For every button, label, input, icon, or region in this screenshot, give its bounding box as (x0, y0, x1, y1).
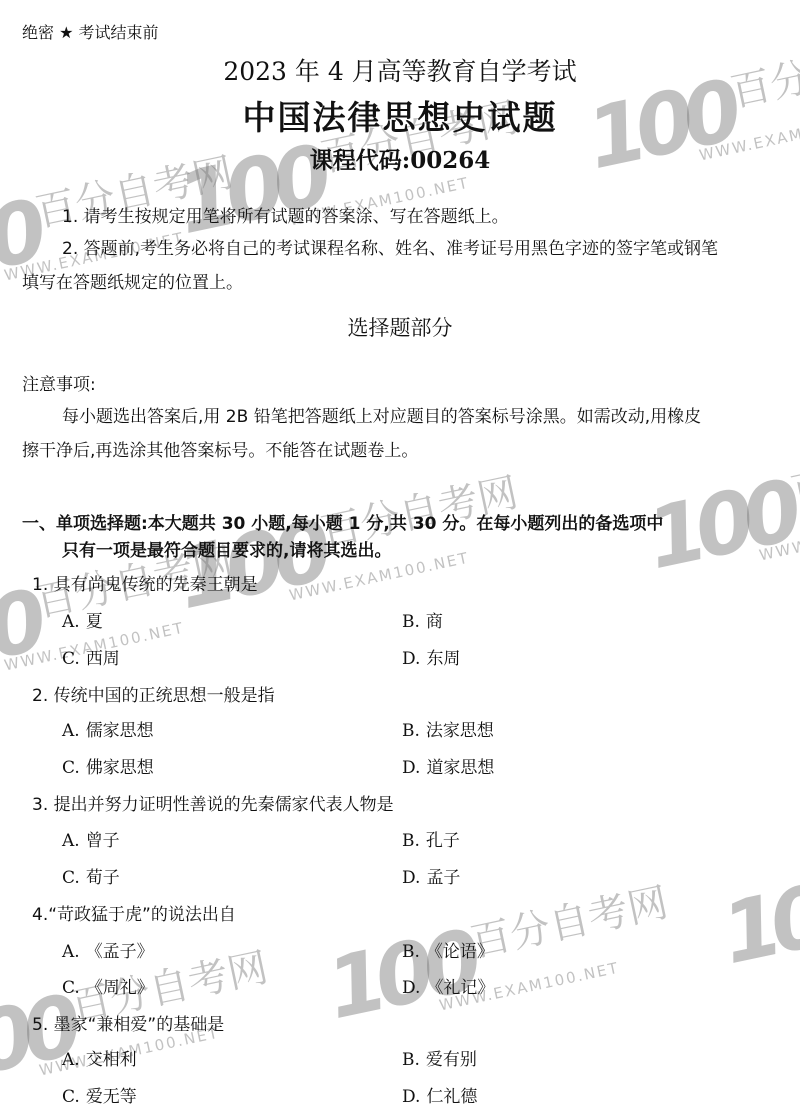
instruction-item-2: 2. 答题前,考生务必将自己的考试课程名称、姓名、准考证号用黑色字迹的签字笔或钢… (62, 234, 718, 259)
watermark: 100百分自考网 WWW.EXAM100.NET (714, 815, 800, 983)
course-code: 课程代码:00264 (0, 142, 800, 175)
watermark: 100百分自考网 WWW.EXAM100.NET (319, 870, 681, 1038)
option-d: D.道家思想 (402, 753, 494, 778)
option-c: C.荀子 (62, 863, 120, 888)
option-b: B.商 (402, 607, 443, 632)
section-title: 选择题部分 (0, 312, 800, 342)
option-c: C.佛家思想 (62, 753, 154, 778)
option-b: B.孔子 (402, 826, 460, 851)
part-header: 一、单项选择题:本大题共 30 小题,每小题 1 分,共 30 分。在每小题列出… (22, 511, 663, 565)
option-c: C.西周 (62, 644, 120, 669)
question-stem: 5. 墨家“兼相爱”的基础是 (32, 1010, 224, 1035)
option-a: A.曾子 (62, 826, 120, 851)
question-stem: 2. 传统中国的正统思想一般是指 (32, 681, 275, 706)
instruction-item-2-cont: 填写在答题纸规定的位置上。 (22, 268, 243, 293)
question-stem: 4.“苛政猛于虎”的说法出自 (32, 900, 236, 925)
option-a: A.儒家思想 (62, 716, 154, 741)
question-stem: 1. 具有尚鬼传统的先秦王朝是 (32, 570, 258, 595)
notes-text-line2: 擦干净后,再选涂其他答案标号。不能答在试题卷上。 (22, 436, 418, 461)
subject-title: 中国法律思想史试题 (0, 92, 800, 139)
notes-text-line1: 每小题选出答案后,用 2B 铅笔把答题纸上对应题目的答案标号涂黑。如需改动,用橡… (62, 402, 701, 427)
option-d: D.仁礼德 (402, 1082, 477, 1107)
option-c: C.爱无等 (62, 1082, 137, 1107)
instruction-item-1: 1. 请考生按规定用笔将所有试题的答案涂、写在答题纸上。 (62, 202, 509, 227)
option-d: D.孟子 (402, 863, 460, 888)
option-d: D.《礼记》 (402, 973, 494, 998)
option-b: B.《论语》 (402, 937, 494, 962)
option-d: D.东周 (402, 644, 460, 669)
exam-title: 2023 年 4 月高等教育自学考试 (0, 52, 800, 88)
option-b: B.法家思想 (402, 716, 494, 741)
option-a: A.夏 (62, 607, 103, 632)
confidentiality-label: 绝密 ★ 考试结束前 (22, 20, 159, 43)
exam-page: 100百分自考网 WWW.EXAM100.NET 100百分自考网 WWW.EX… (0, 0, 800, 1117)
notes-label: 注意事项: (22, 370, 96, 395)
question-stem: 3. 提出并努力证明性善说的先秦儒家代表人物是 (32, 790, 394, 815)
option-b: B.爱有别 (402, 1045, 477, 1070)
option-c: C.《周礼》 (62, 973, 154, 998)
option-a: A.《孟子》 (62, 937, 154, 962)
option-a: A.交相利 (62, 1045, 137, 1070)
